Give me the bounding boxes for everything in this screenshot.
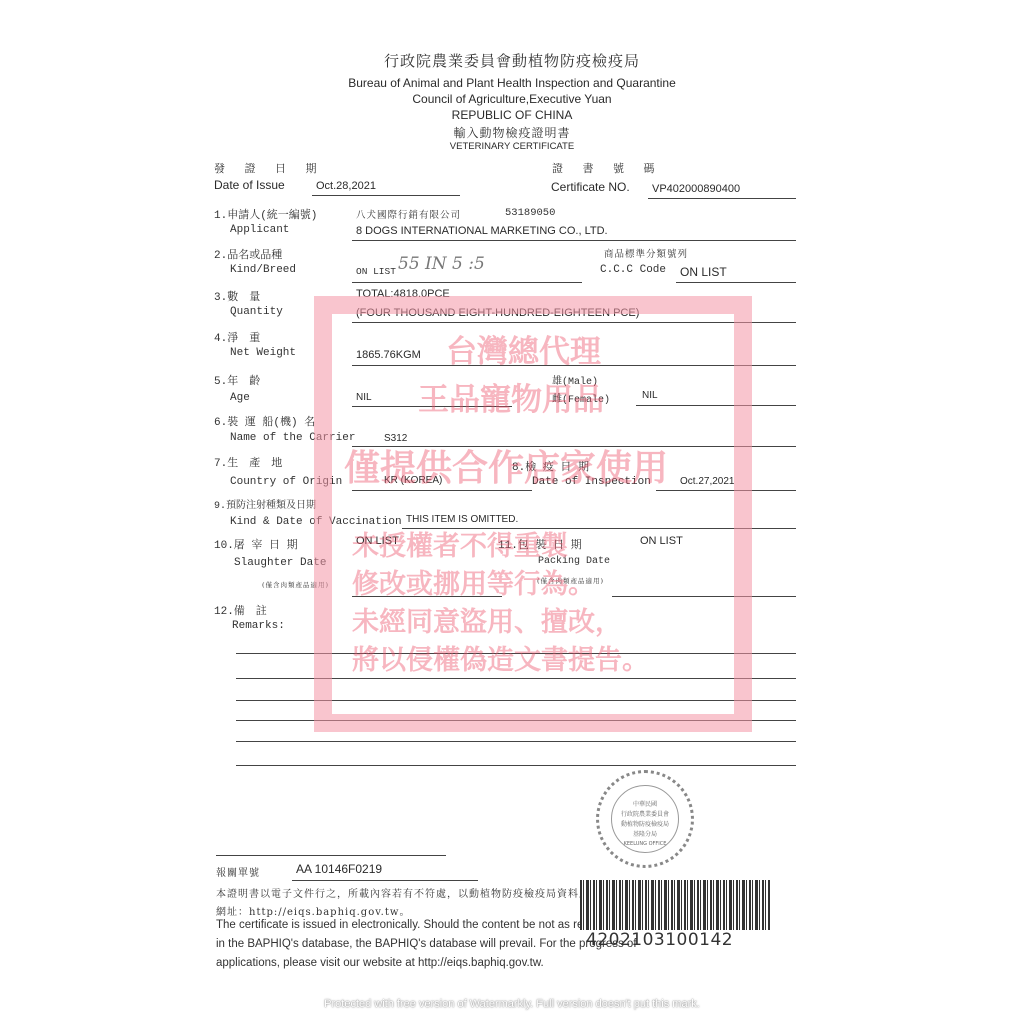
applicant-name-zh: 八犬國際行銷有限公司 (356, 207, 461, 221)
customs-number: AA 10146F0219 (296, 862, 382, 876)
watermark-line: 台灣總代理 (446, 326, 601, 371)
agency-name-en: Bureau of Animal and Plant Health Inspec… (0, 76, 1024, 90)
footer-watermark: Protected with free version of Watermark… (0, 998, 1024, 1010)
date-of-issue-label: Date of Issue (214, 178, 285, 192)
cert-title-zh: 輸入動物檢疫證明書 (0, 124, 1024, 141)
date-of-issue-value: Oct.28,2021 (316, 180, 376, 192)
slaughter-label: Slaughter Date (234, 557, 326, 569)
notice-zh-1: 本證明書以電子文件行之，所載內容若有不符處，以動植物防疫檢疫局資料庫為準 (216, 885, 581, 900)
watermark-line: 王品寵物用品 (418, 374, 604, 419)
net-weight-label-zh: 4.淨 重 (214, 329, 260, 345)
official-seal: 中華民國 行政院農業委員會 動植物防疫檢疫局 基隆分局 KEELUNG OFFI… (596, 770, 694, 868)
age-label: Age (230, 392, 250, 404)
barcode (580, 880, 770, 930)
remarks-line (236, 741, 796, 742)
remarks-label-zh: 12.備 註 (214, 602, 267, 618)
watermark-line: 未授權者不得重製 (352, 524, 568, 563)
origin-label-zh: 7.生 產 地 (214, 454, 282, 470)
council-name: Council of Agriculture,Executive Yuan (0, 92, 1024, 106)
applicant-tax-id: 53189050 (505, 207, 555, 219)
date-of-issue-label-zh: 發 證 日 期 (214, 160, 325, 176)
quantity-label: Quantity (230, 306, 283, 318)
quantity-label-zh: 3.數 量 (214, 288, 260, 304)
kind-breed-label-zh: 2.品名或品種 (214, 246, 282, 262)
kind-breed-label: Kind/Breed (230, 264, 296, 276)
customs-label-zh: 報關單號 (216, 864, 260, 879)
notice-zh-2: 網址：http://eiqs.baphiq.gov.tw。 (216, 903, 410, 918)
watermark-line: 修改或挪用等行為。 (352, 562, 595, 601)
applicant-label: Applicant (230, 224, 289, 236)
net-weight-label: Net Weight (230, 347, 296, 359)
ccc-code-label-zh: 商品標準分類號列 (604, 246, 688, 260)
kind-breed-value: ON LIST (356, 266, 396, 277)
certificate-no-value: VP402000890400 (652, 183, 740, 195)
certificate-no-label: Certificate NO. (551, 180, 630, 194)
applicant-name-en: 8 DOGS INTERNATIONAL MARKETING CO., LTD. (356, 225, 608, 237)
applicant-label-zh: 1.申請人(統一編號) (214, 206, 317, 222)
carrier-label-zh: 6.裝 運 船(機) 名 (214, 413, 315, 429)
notice-en-1: The certificate is issued in electronica… (216, 919, 619, 931)
ccc-code-label: C.C.C Code (600, 264, 666, 276)
cert-title-en: VETERINARY CERTIFICATE (0, 141, 1024, 152)
barcode-number: 4202103100142 (586, 930, 733, 950)
certificate-no-label-zh: 證 書 號 碼 (552, 160, 663, 176)
watermark-line: 將以侵權偽造文書提告。 (352, 638, 649, 677)
watermark-line: 未經同意盜用、擅改， (352, 600, 622, 639)
country-name: REPUBLIC OF CHINA (0, 108, 1024, 122)
agency-name-zh: 行政院農業委員會動植物防疫檢疫局 (0, 50, 1024, 71)
ccc-code-value: ON LIST (680, 265, 727, 279)
remarks-label: Remarks: (232, 620, 285, 632)
remarks-line (236, 765, 796, 766)
age-label-zh: 5.年 齡 (214, 372, 260, 388)
slaughter-label-zh: 10.屠 宰 日 期 (214, 536, 298, 552)
watermark-line: 僅提供合作店家使用 (344, 440, 668, 491)
notice-en-3: applications, please visit our website a… (216, 957, 544, 969)
notice-en-2: in the BAPHIQ's database, the BAPHIQ's d… (216, 938, 637, 950)
vaccination-label-zh: 9.預防注射種類及日期 (214, 496, 316, 512)
handwritten-note: 55 IN 5 :5 (398, 254, 485, 274)
